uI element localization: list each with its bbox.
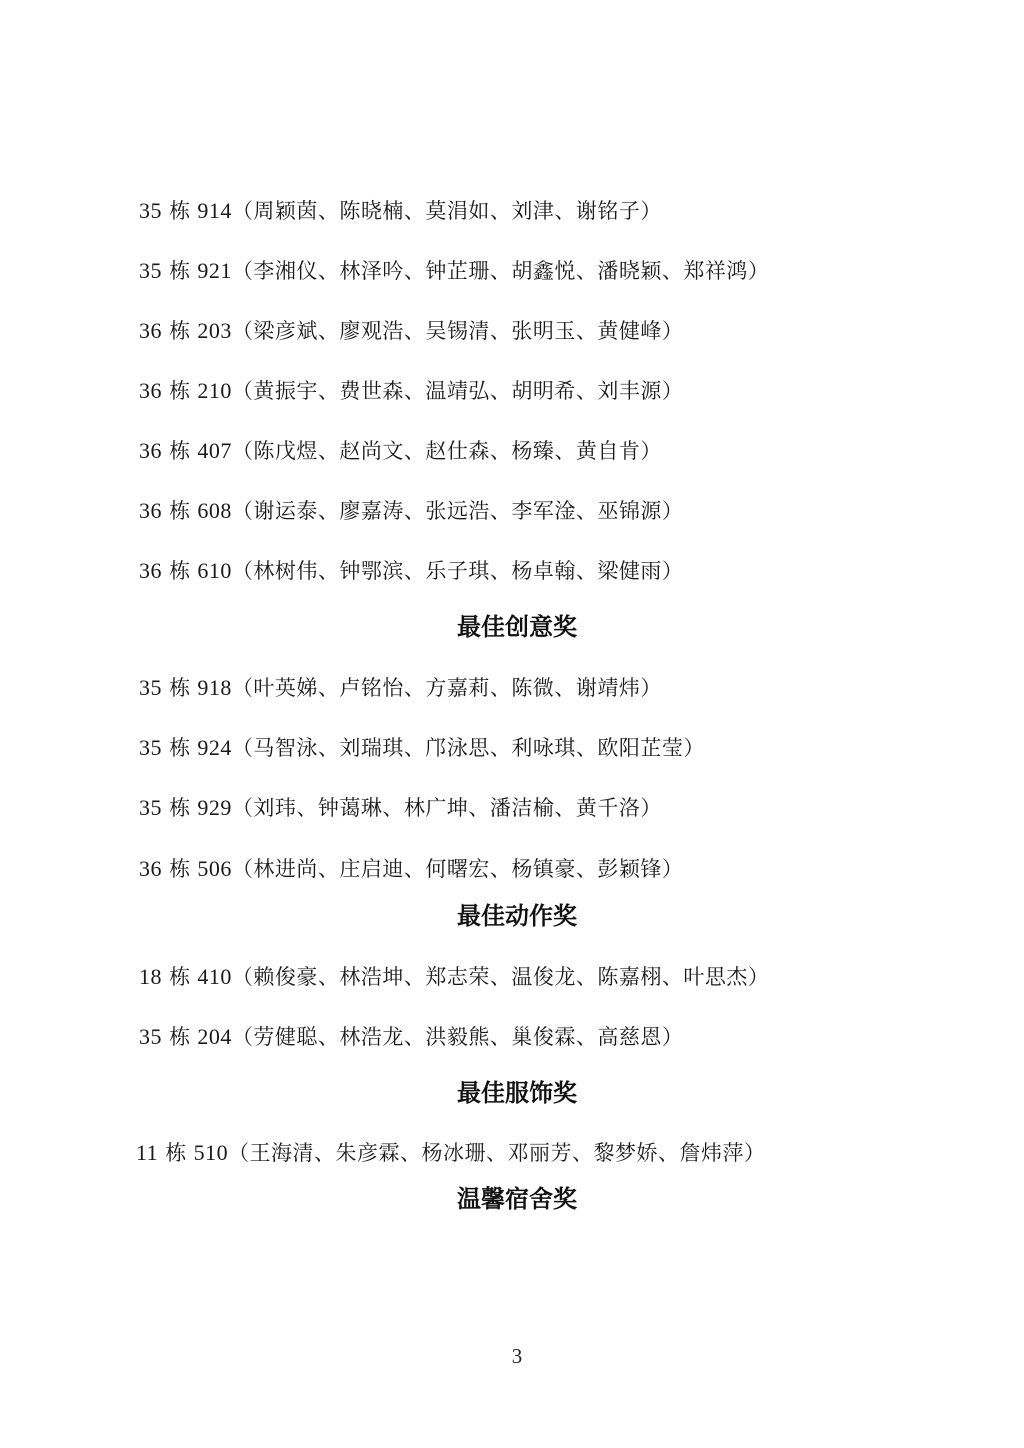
member-names: （王海清、朱彦霖、杨冰珊、邓丽芳、黎梦娇、詹炜萍） <box>228 1141 766 1165</box>
room-number: 204 <box>197 1024 232 1049</box>
building-label: 栋 <box>169 439 190 463</box>
building-number: 35 <box>139 1024 162 1049</box>
building-number: 35 <box>139 258 162 283</box>
room-number: 510 <box>194 1140 229 1165</box>
building-label: 栋 <box>169 857 190 881</box>
member-names: （劳健聪、林浩龙、洪毅熊、巢俊霖、高慈恩） <box>232 1025 684 1049</box>
award-heading-best-creativity: 最佳创意奖 <box>0 612 1024 642</box>
dorm-entry: 36 栋 506（林进尚、庄启迪、何曙宏、杨镇豪、彭颖锋） <box>139 855 683 883</box>
room-number: 924 <box>197 735 232 760</box>
room-number: 914 <box>197 198 232 223</box>
building-number: 36 <box>139 498 162 523</box>
member-names: （黄振宇、费世森、温靖弘、胡明希、刘丰源） <box>232 379 684 403</box>
member-names: （李湘仪、林泽吟、钟芷珊、胡鑫悦、潘晓颖、郑祥鸿） <box>232 259 770 283</box>
dorm-entry: 36 栋 210（黄振宇、费世森、温靖弘、胡明希、刘丰源） <box>139 377 683 405</box>
building-number: 36 <box>139 438 162 463</box>
building-number: 35 <box>139 795 162 820</box>
dorm-entry: 35 栋 929（刘玮、钟蔼琳、林广坤、潘洁榆、黄千洛） <box>139 794 662 822</box>
room-number: 918 <box>197 675 232 700</box>
member-names: （陈戊煜、赵尚文、赵仕森、杨臻、黄自肯） <box>232 439 662 463</box>
building-number: 11 <box>136 1140 158 1165</box>
dorm-entry: 35 栋 924（马智泳、刘瑞琪、邝泳思、利咏琪、欧阳芷莹） <box>139 734 705 762</box>
building-number: 18 <box>139 964 162 989</box>
building-label: 栋 <box>169 379 190 403</box>
building-label: 栋 <box>169 965 190 989</box>
room-number: 410 <box>197 964 232 989</box>
member-names: （赖俊豪、林浩坤、郑志荣、温俊龙、陈嘉栩、叶思杰） <box>232 965 770 989</box>
building-label: 栋 <box>169 796 190 820</box>
room-number: 610 <box>197 558 232 583</box>
member-names: （刘玮、钟蔼琳、林广坤、潘洁榆、黄千洛） <box>232 796 662 820</box>
building-label: 栋 <box>169 499 190 523</box>
award-heading-best-action: 最佳动作奖 <box>0 901 1024 931</box>
dorm-entry: 35 栋 914（周颖茵、陈晓楠、莫涓如、刘津、谢铭子） <box>139 197 662 225</box>
member-names: （梁彦斌、廖观浩、吴锡清、张明玉、黄健峰） <box>232 319 684 343</box>
building-number: 35 <box>139 735 162 760</box>
member-names: （林树伟、钟鄂滨、乐子琪、杨卓翰、梁健雨） <box>232 559 684 583</box>
dorm-entry: 35 栋 204（劳健聪、林浩龙、洪毅熊、巢俊霖、高慈恩） <box>139 1023 683 1051</box>
dorm-entry: 36 栋 610（林树伟、钟鄂滨、乐子琪、杨卓翰、梁健雨） <box>139 557 683 585</box>
building-number: 35 <box>139 198 162 223</box>
building-label: 栋 <box>169 559 190 583</box>
building-number: 36 <box>139 856 162 881</box>
dorm-entry: 35 栋 918（叶英娣、卢铭怡、方嘉莉、陈微、谢靖炜） <box>139 674 662 702</box>
building-number: 36 <box>139 378 162 403</box>
building-label: 栋 <box>169 259 190 283</box>
award-heading-cozy-dorm: 温馨宿舍奖 <box>0 1184 1024 1214</box>
building-number: 36 <box>139 558 162 583</box>
building-label: 栋 <box>169 319 190 343</box>
building-label: 栋 <box>169 1025 190 1049</box>
dorm-entry: 18 栋 410（赖俊豪、林浩坤、郑志荣、温俊龙、陈嘉栩、叶思杰） <box>139 963 769 991</box>
dorm-entry: 36 栋 203（梁彦斌、廖观浩、吴锡清、张明玉、黄健峰） <box>139 317 683 345</box>
building-label: 栋 <box>169 736 190 760</box>
member-names: （谢运泰、廖嘉涛、张远浩、李军淦、巫锦源） <box>232 499 684 523</box>
dorm-entry: 35 栋 921（李湘仪、林泽吟、钟芷珊、胡鑫悦、潘晓颖、郑祥鸿） <box>139 257 769 285</box>
page-number: 3 <box>0 1344 1024 1369</box>
document-page: 35 栋 914（周颖茵、陈晓楠、莫涓如、刘津、谢铭子） 35 栋 921（李湘… <box>0 0 1024 1448</box>
member-names: （马智泳、刘瑞琪、邝泳思、利咏琪、欧阳芷莹） <box>232 736 705 760</box>
dorm-entry: 36 栋 608（谢运泰、廖嘉涛、张远浩、李军淦、巫锦源） <box>139 497 683 525</box>
member-names: （叶英娣、卢铭怡、方嘉莉、陈微、谢靖炜） <box>232 676 662 700</box>
dorm-entry: 11 栋 510（王海清、朱彦霖、杨冰珊、邓丽芳、黎梦娇、詹炜萍） <box>136 1139 766 1167</box>
member-names: （周颖茵、陈晓楠、莫涓如、刘津、谢铭子） <box>232 199 662 223</box>
room-number: 921 <box>197 258 232 283</box>
room-number: 203 <box>197 318 232 343</box>
dorm-entry: 36 栋 407（陈戊煜、赵尚文、赵仕森、杨臻、黄自肯） <box>139 437 662 465</box>
building-number: 35 <box>139 675 162 700</box>
member-names: （林进尚、庄启迪、何曙宏、杨镇豪、彭颖锋） <box>232 857 684 881</box>
building-label: 栋 <box>169 199 190 223</box>
room-number: 210 <box>197 378 232 403</box>
room-number: 506 <box>197 856 232 881</box>
building-label: 栋 <box>169 676 190 700</box>
room-number: 608 <box>197 498 232 523</box>
building-label: 栋 <box>165 1141 186 1165</box>
room-number: 407 <box>197 438 232 463</box>
award-heading-best-costume: 最佳服饰奖 <box>0 1078 1024 1108</box>
room-number: 929 <box>197 795 232 820</box>
building-number: 36 <box>139 318 162 343</box>
